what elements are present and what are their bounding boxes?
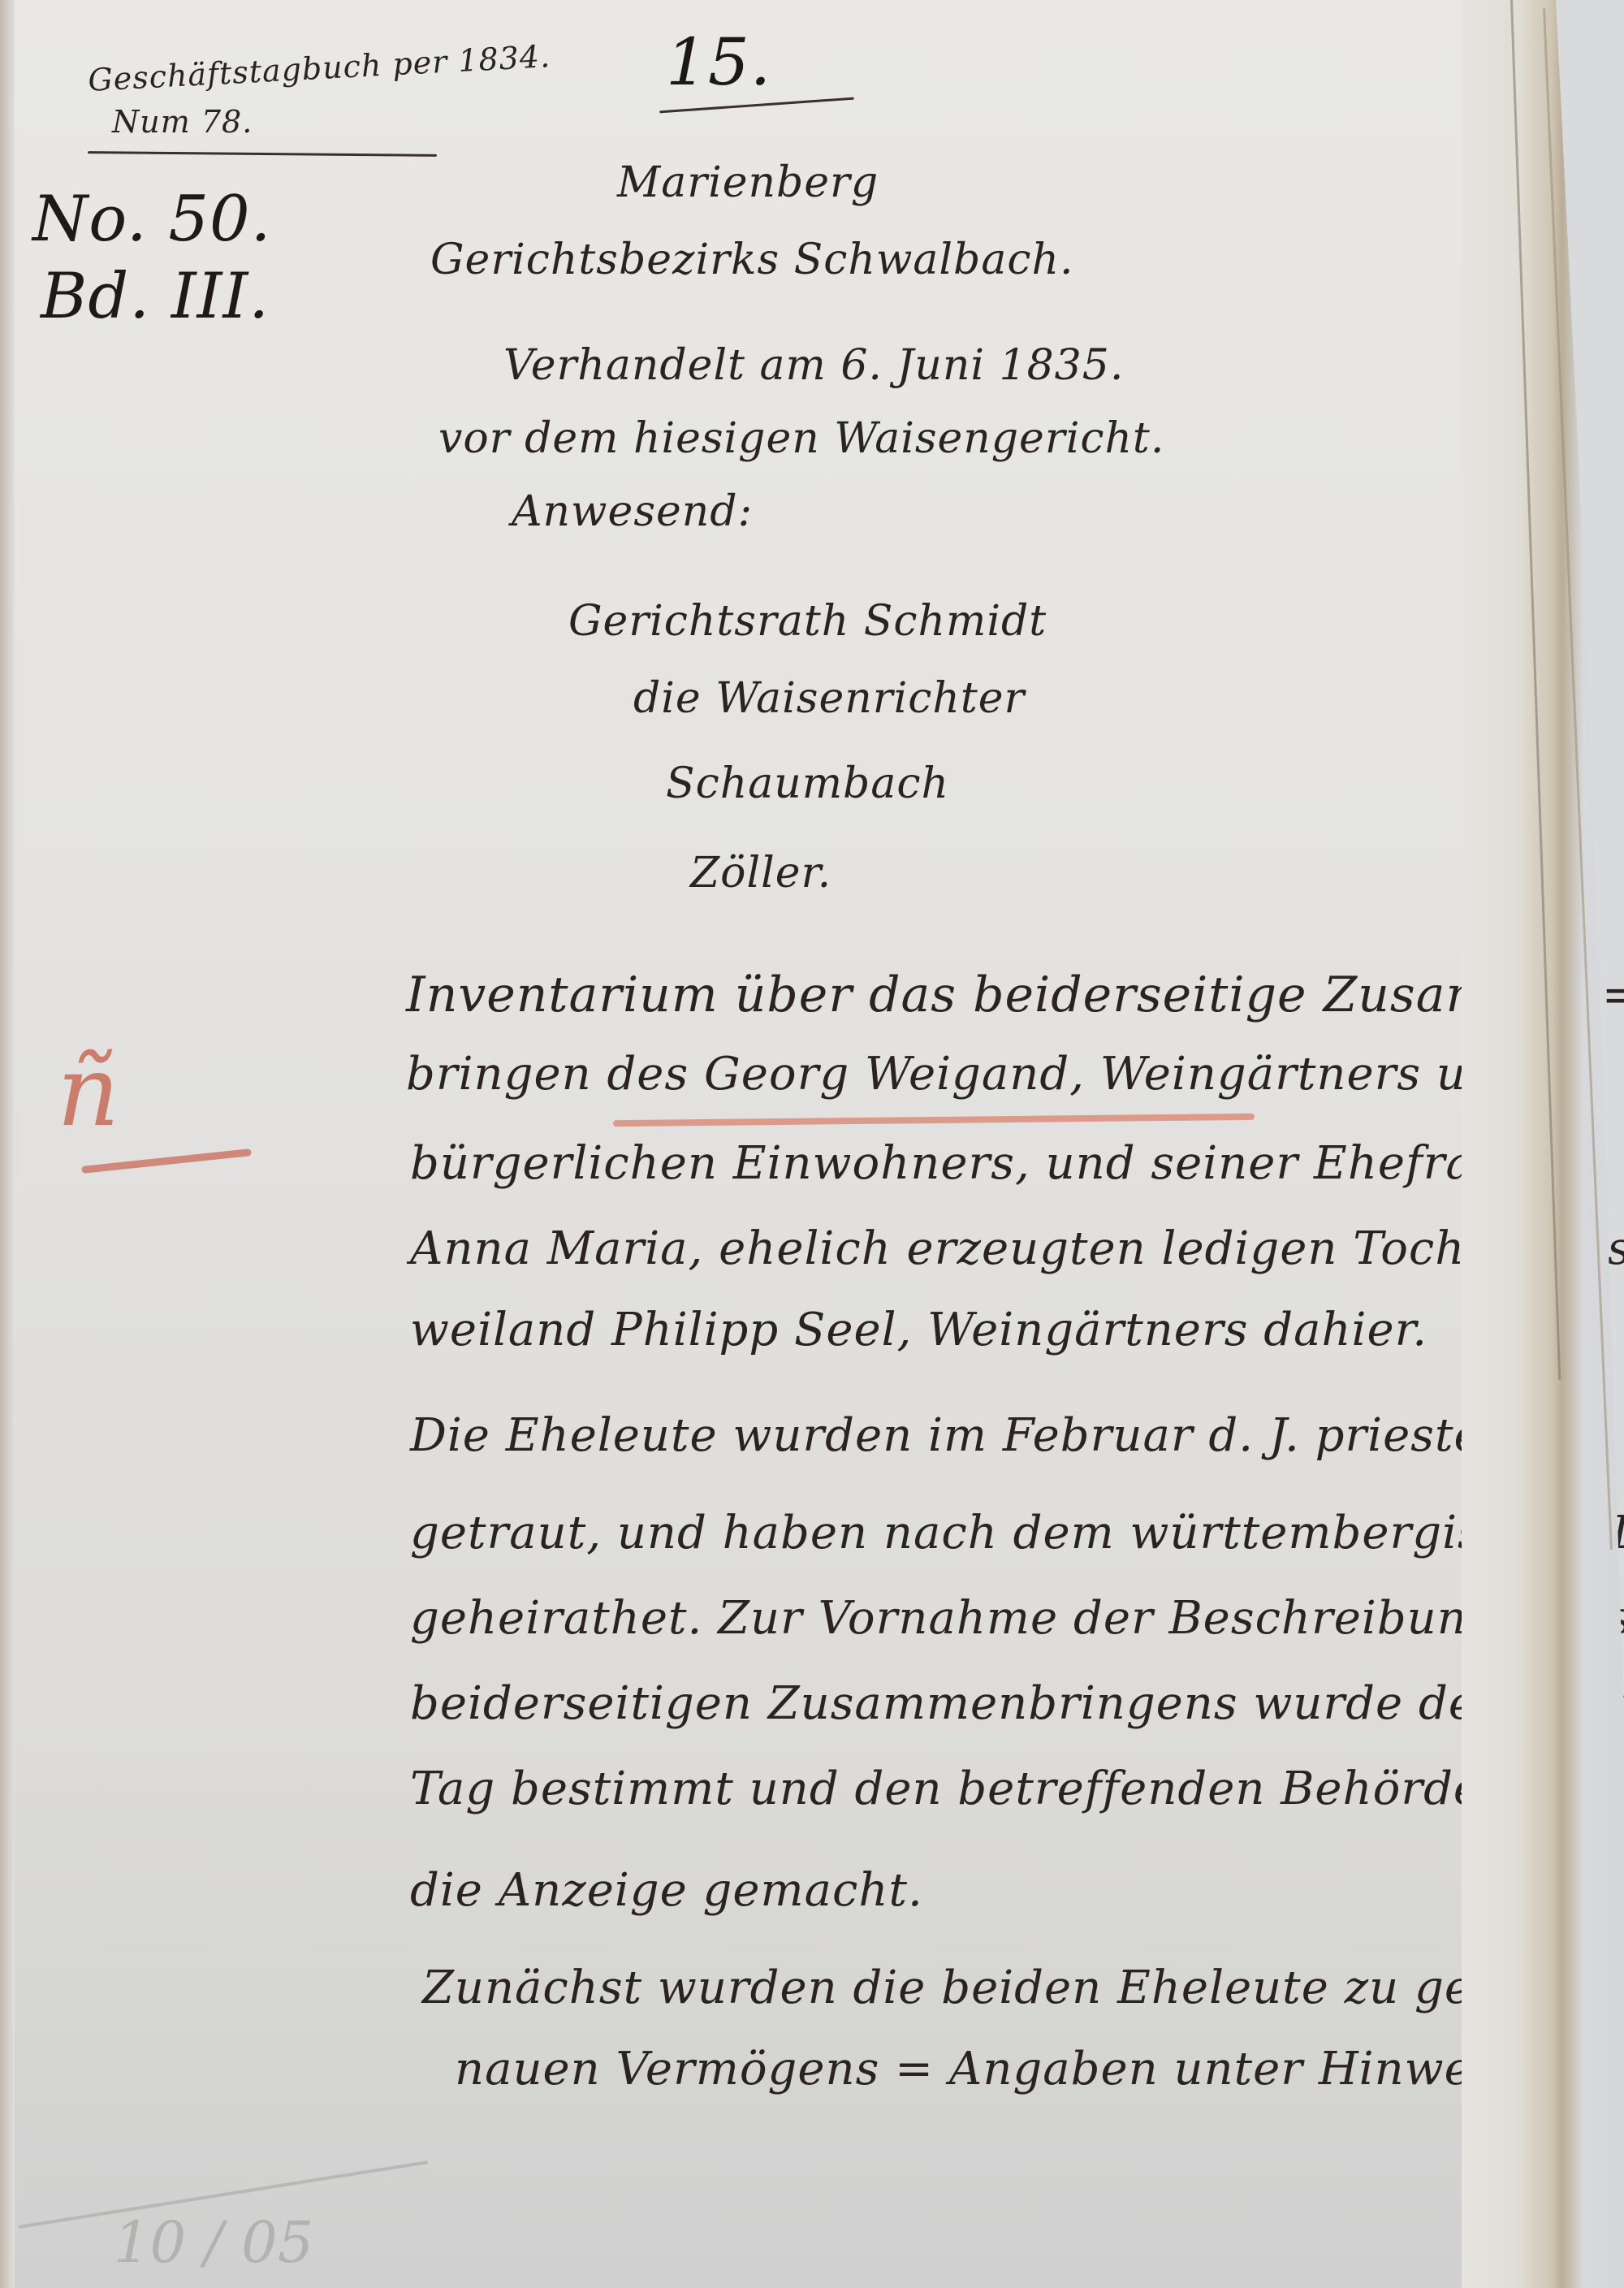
body-line-5: weiland Philipp Seel, Weingärtners dahie… [410,1304,1427,1356]
body-line-6: Die Eheleute wurden im Februar d. J. pri… [410,1409,1592,1462]
red-underline-name [613,1114,1255,1127]
page-edge-shadow-2 [1543,8,1613,1550]
body-line-10: Tag bestimmt und den betreffenden Behörd… [410,1762,1624,1815]
body-line-2: bringen des Georg Weigand, Weingärtners … [406,1048,1527,1101]
body-line-11: die Anzeige gemacht. [410,1864,923,1917]
present-member-2: die Waisenrichter [633,674,1025,723]
page-edges [1462,0,1624,2288]
court-district: Gerichtsbezirks Schwalbach. [430,236,1073,284]
body-line-12: Zunächst wurden die beiden Eheleute zu g… [422,1961,1511,2014]
date-line: Verhandelt am 6. Juni 1835. [503,341,1124,390]
body-line-13: nauen Vermögens = Angaben unter Hinweisu… [455,2043,1601,2096]
body-line-3: bürgerlichen Einwohners, und seiner Ehef… [410,1137,1519,1190]
present-member-3: Schaumbach [666,759,949,808]
court-line: vor dem hiesigen Waisengericht. [438,414,1164,463]
body-line-4: Anna Maria, ehelich erzeugten ledigen To… [410,1222,1624,1275]
body-line-9: beiderseitigen Zusammenbringens wurde de… [410,1677,1624,1730]
page-number: 15. [666,24,771,100]
red-crayon-underline [81,1148,252,1174]
present-label: Anwesend: [512,487,753,536]
register-underline [88,151,437,157]
place-name: Marienberg [617,158,879,207]
manuscript-page: Geschäftstagbuch per 1834. Num 78. No. 5… [0,0,1527,2288]
red-crayon-mark: ñ [57,1036,119,1148]
body-line-8: geheirathet. Zur Vornahme der Beschreibu… [410,1592,1624,1645]
faint-stamp-number: 10 / 05 [114,2209,313,2276]
document-number: No. 50. [32,183,271,256]
volume-number: Bd. III. [41,260,270,333]
present-member-4: Zöller. [690,849,831,897]
register-number: Num 78. [112,104,253,140]
present-member-1: Gerichtsrath Schmidt [568,597,1047,646]
body-line-7: getraut, und haben nach dem württembergi… [410,1507,1624,1559]
register-reference: Geschäftstagbuch per 1834. [87,38,551,98]
body-line-1: Inventarium über das beiderseitige Zusam… [406,967,1624,1023]
